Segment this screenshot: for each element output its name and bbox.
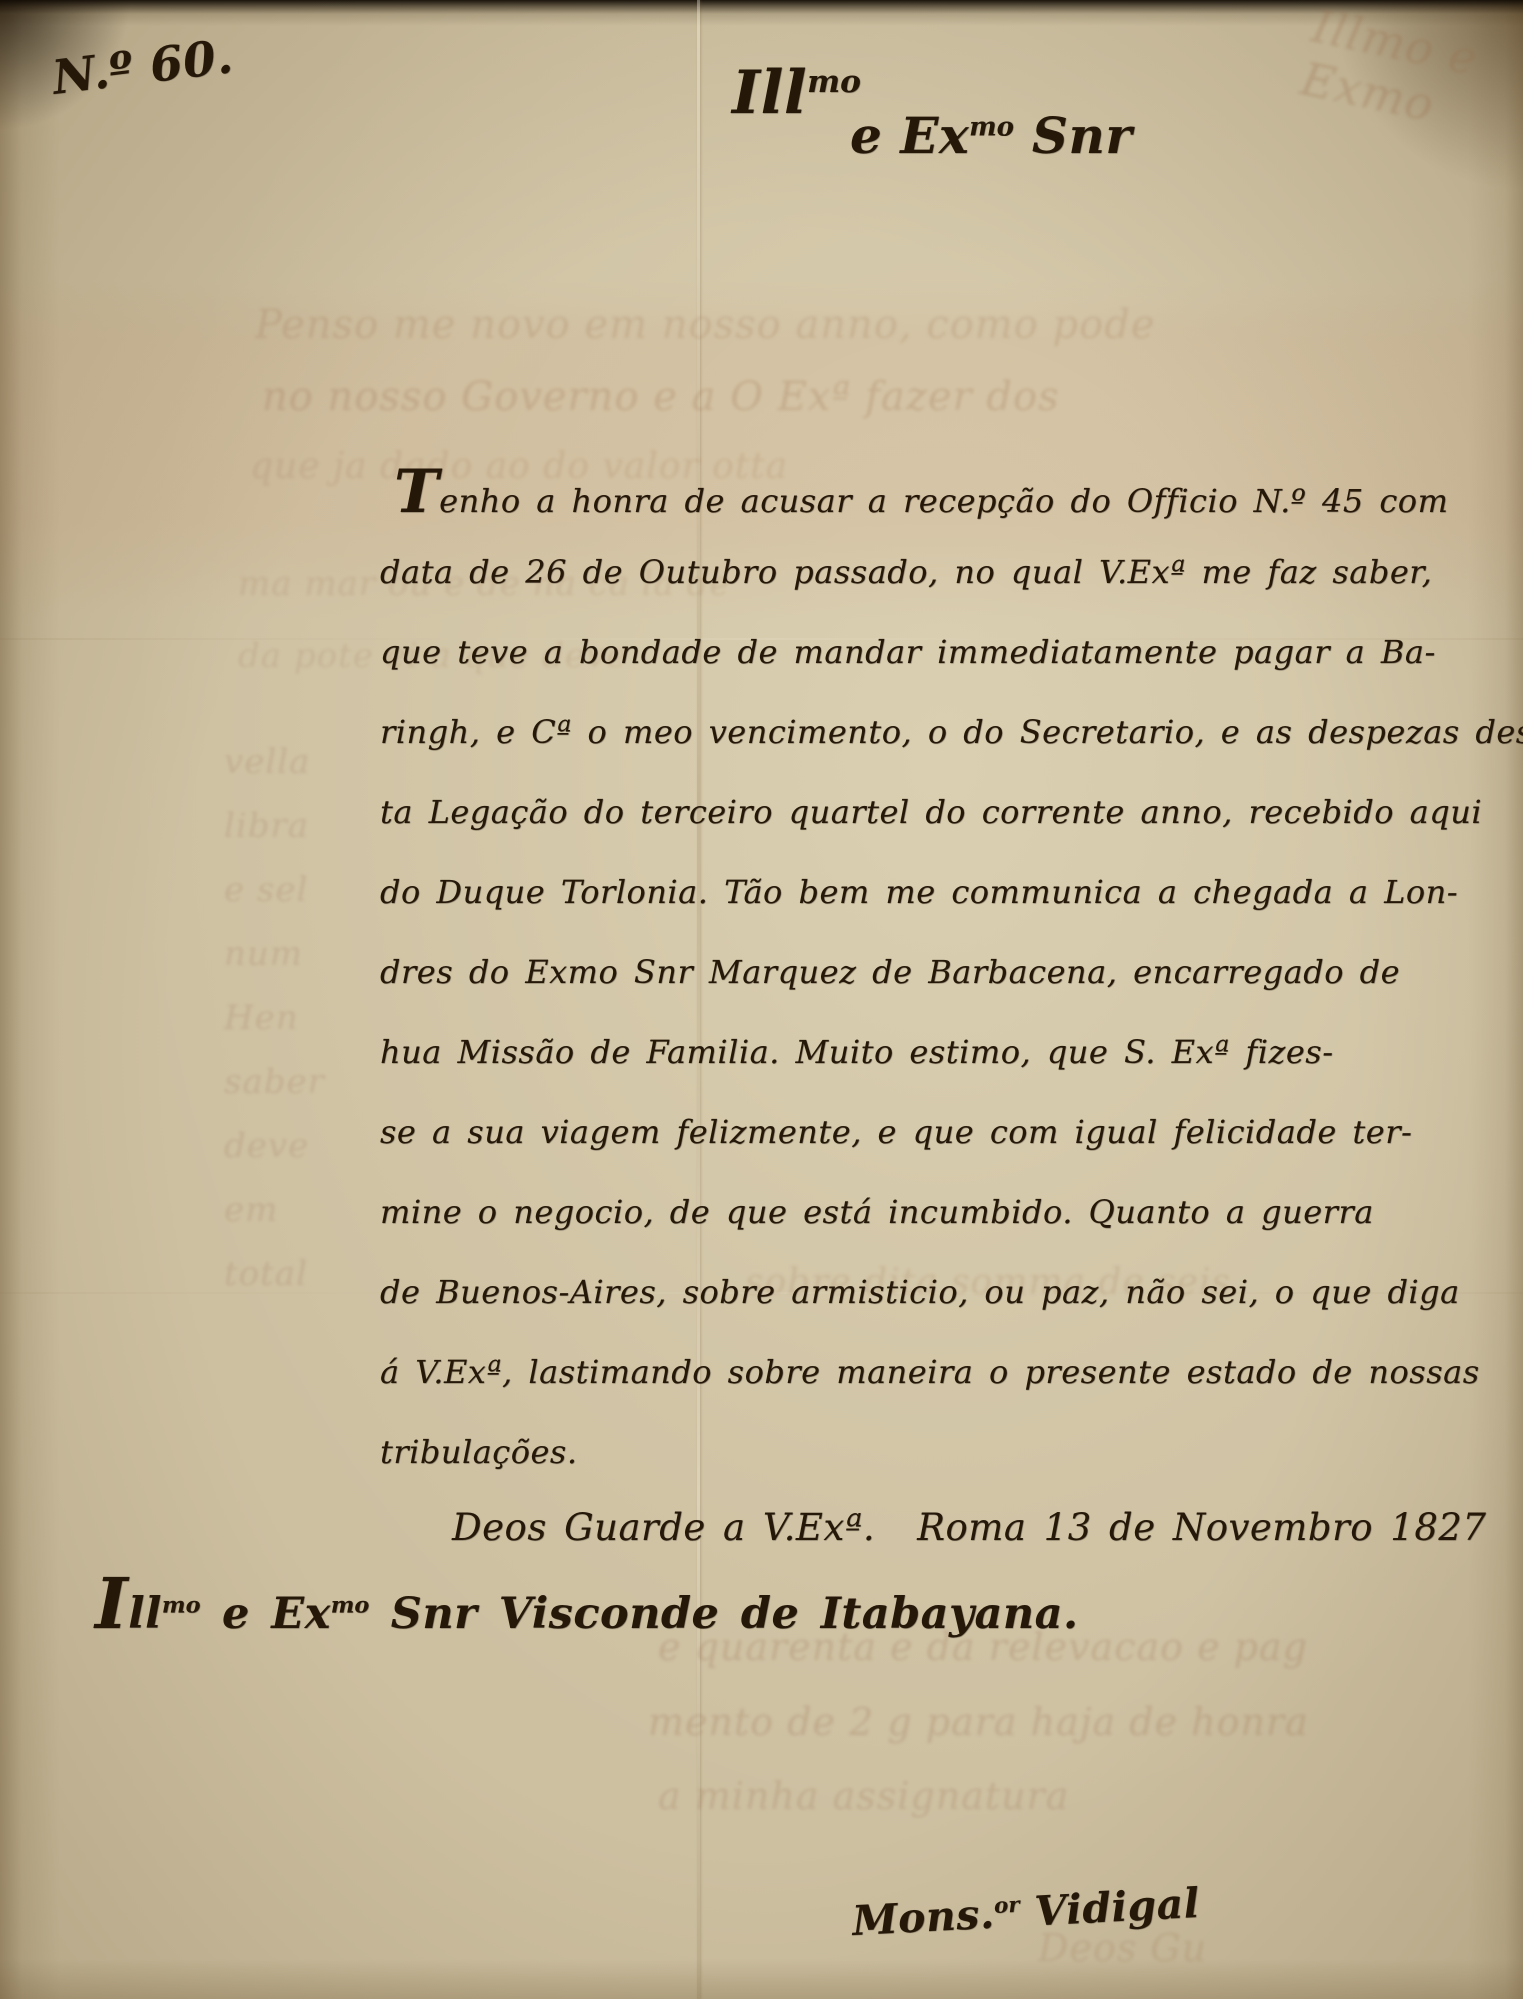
salutation-text: e Ex <box>850 106 969 165</box>
body-line: tribulações. <box>380 1412 1205 1492</box>
bleedthrough-fragment: vella libra e sel num Hen saber deve em … <box>224 730 325 1306</box>
salutation-line-2: e Exmo Snr <box>850 106 1132 165</box>
body-line: do Duque Torlonia. Tão bem me communica … <box>380 852 1205 932</box>
signature-text: Mons. <box>851 1890 996 1945</box>
bleedthrough-fragment: Penso me novo em nosso anno, como pode <box>255 302 1156 348</box>
addressee-text: Snr Visconde de Itabayana. <box>369 1589 1078 1639</box>
bleedthrough-fragment: mento de 2 g para haja de honra <box>648 1700 1309 1744</box>
body-line: ta Legação do terceiro quartel do corren… <box>380 772 1205 852</box>
bleedthrough-fragment: Illmo e Exmo <box>1296 0 1523 149</box>
dateline: Roma 13 de Novembro 1827 <box>917 1506 1486 1549</box>
body-line: que teve a bondade de mandar immediatame… <box>380 612 1205 692</box>
body-line: de Buenos-Aires, sobre armisticio, ou pa… <box>380 1252 1205 1332</box>
body-line: Tenho a honra de acusar a recepção do Of… <box>380 452 1205 532</box>
body-line: dres do Exmo Snr Marquez de Barbacena, e… <box>380 932 1205 1012</box>
bleedthrough-fragment: a minha assignatura <box>658 1774 1069 1818</box>
letter-number-label: N.º 60. <box>49 29 236 106</box>
body-line: hua Missão de Familia. Muito estimo, que… <box>380 1012 1205 1092</box>
superscript: mo <box>807 64 861 100</box>
body-line: se a sua viagem felizmente, e que com ig… <box>380 1092 1205 1172</box>
superscript: mo <box>162 1593 201 1619</box>
body-line: á V.Exª, lastimando sobre maneira o pres… <box>380 1332 1205 1412</box>
salutation-text: Snr <box>1014 106 1132 165</box>
signature-text: Vidigal <box>1019 1879 1201 1936</box>
body-line: data de 26 de Outubro passado, no qual V… <box>380 532 1205 612</box>
letter-page: Illmo e Exmo Penso me novo em nosso anno… <box>0 0 1523 1999</box>
superscript: mo <box>969 112 1014 142</box>
letter-body: Tenho a honra de acusar a recepção do Of… <box>380 452 1205 1492</box>
addressee-text: e Ex <box>201 1589 331 1639</box>
salutation-text: Ill <box>732 58 807 128</box>
superscript: or <box>993 1893 1020 1919</box>
valediction-line: Deos Guarde a V.Exª.Roma 13 de Novembro … <box>452 1506 1486 1549</box>
superscript: mo <box>331 1593 370 1619</box>
addressee-line: Illmo e Exmo Snr Visconde de Itabayana. <box>95 1562 1078 1645</box>
salutation: Illmo e Exmo Snr <box>732 58 1132 165</box>
bleedthrough-fragment: no nosso Governo e a O Exª fazer dos <box>262 374 1060 420</box>
body-line: ringh, e Cª o meo vencimento, o do Secre… <box>380 692 1205 772</box>
body-line: mine o negocio, de que está incumbido. Q… <box>380 1172 1205 1252</box>
signature: Mons.or Vidigal <box>851 1879 1201 1945</box>
valediction-text: Deos Guarde a V.Exª. <box>452 1506 875 1549</box>
addressee-text: Ill <box>95 1589 162 1639</box>
